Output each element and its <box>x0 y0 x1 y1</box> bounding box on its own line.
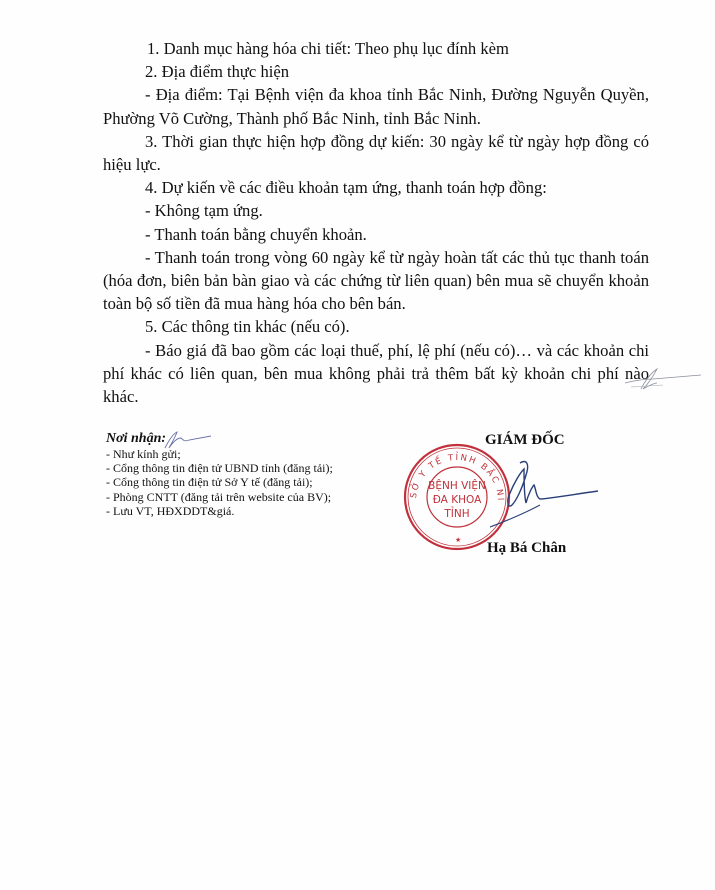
paragraph-other-info-heading: 5. Các thông tin khác (nếu có). <box>103 315 649 338</box>
paragraph-duration: 3. Thời gian thực hiện hợp đồng dự kiến:… <box>103 130 649 176</box>
svg-text:ĐA KHOA: ĐA KHOA <box>433 494 482 506</box>
recipient-item: - Lưu VT, HĐXDDT&giá. <box>106 504 406 518</box>
recipients-title: Nơi nhận: <box>106 430 406 447</box>
paragraph-no-advance: - Không tạm ứng. <box>103 199 649 222</box>
paragraph-price-inclusion: - Báo giá đã bao gồm các loại thuế, phí,… <box>103 339 649 409</box>
recipient-item: - Phòng CNTT (đăng tải trên website của … <box>106 490 406 504</box>
svg-text:★: ★ <box>455 536 461 544</box>
signer-name: Hạ Bá Chân <box>487 538 566 558</box>
recipients-block: Nơi nhận: - Như kính gửi; - Cổng thông t… <box>106 430 406 518</box>
svg-text:BỆNH VIỆN: BỆNH VIỆN <box>428 479 486 492</box>
signature-icon <box>490 455 600 530</box>
recipient-initial-scribble-icon <box>163 430 213 450</box>
document-page: 1. Danh mục hàng hóa chi tiết: Theo phụ … <box>0 0 715 890</box>
paragraph-location: - Địa điểm: Tại Bệnh viện đa khoa tỉnh B… <box>103 83 649 129</box>
paragraph-item-1: 1. Danh mục hàng hóa chi tiết: Theo phụ … <box>103 37 649 60</box>
recipient-item: - Như kính gửi; <box>106 447 406 461</box>
paragraph-payment-heading: 4. Dự kiến về các điều khoản tạm ứng, th… <box>103 176 649 199</box>
recipient-item: - Cổng thông tin điện tử Sở Y tế (đăng t… <box>106 475 406 489</box>
initial-scribble-icon <box>623 365 703 395</box>
paragraph-bank-transfer: - Thanh toán bằng chuyển khoản. <box>103 223 649 246</box>
paragraph-location-heading: 2. Địa điểm thực hiện <box>103 60 649 83</box>
recipient-item: - Cổng thông tin điện tử UBND tỉnh (đăng… <box>106 461 406 475</box>
paragraph-payment-terms: - Thanh toán trong vòng 60 ngày kể từ ng… <box>103 246 649 316</box>
svg-text:TỈNH: TỈNH <box>443 506 469 520</box>
document-body: 1. Danh mục hàng hóa chi tiết: Theo phụ … <box>103 37 649 408</box>
